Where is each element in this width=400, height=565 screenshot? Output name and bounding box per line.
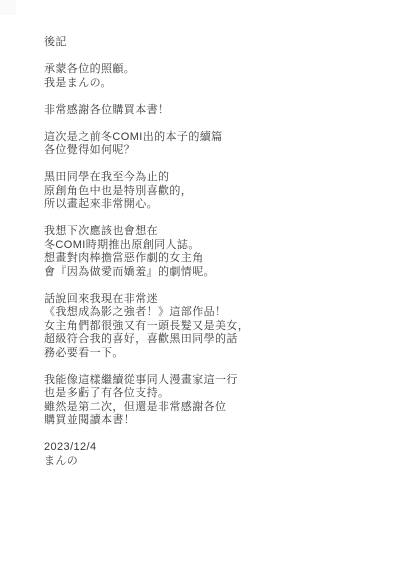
paragraph-character: 黑田同學在我至今為止的 原創角色中也是特別喜歡的， 所以畫起來非常開心。 <box>44 171 380 212</box>
paragraph-line: 承蒙各位的照顧。 <box>44 63 380 77</box>
afterword-heading: 後記 <box>44 36 380 50</box>
paragraph-line: 超級符合我的喜好，喜歡黑田同學的話 <box>44 333 380 347</box>
signature-text: まんの <box>44 455 380 469</box>
paragraph-line: 購買並閱讀本書！ <box>44 414 380 428</box>
paragraph-line: 原創角色中也是特別喜歡的， <box>44 185 380 199</box>
paragraph-line: 非常感謝各位購買本書！ <box>44 104 380 118</box>
heading-text: 後記 <box>44 36 380 50</box>
paragraph-next-plans: 我想下次應該也會想在 冬COMI時期推出原創同人誌。 想畫對肉棒擔當惡作劇的女主… <box>44 225 380 279</box>
paragraph-line: 雖然是第二次，但還是非常感謝各位 <box>44 401 380 415</box>
scan-artifact <box>0 0 16 15</box>
paragraph-line: 我是まんの。 <box>44 77 380 91</box>
paragraph-line: 務必要看一下。 <box>44 347 380 361</box>
paragraph-line: 《我想成為影之強者！》這部作品！ <box>44 306 380 320</box>
paragraph-line: 所以畫起來非常開心。 <box>44 198 380 212</box>
paragraph-line: 也是多虧了有各位支持。 <box>44 387 380 401</box>
paragraph-greeting: 承蒙各位的照顧。 我是まんの。 <box>44 63 380 90</box>
afterword-content: 後記 承蒙各位的照顧。 我是まんの。 非常感謝各位購買本書！ 這次是之前冬COM… <box>44 36 380 482</box>
paragraph-line: 各位覺得如何呢？ <box>44 144 380 158</box>
paragraph-line: 我能像這樣繼續從事同人漫畫家這一行 <box>44 374 380 388</box>
paragraph-line: 黑田同學在我至今為止的 <box>44 171 380 185</box>
paragraph-line: 話說回來我現在非常迷 <box>44 293 380 307</box>
date-text: 2023/12/4 <box>44 441 380 455</box>
paragraph-line: 我想下次應該也會想在 <box>44 225 380 239</box>
paragraph-recommendation: 話說回來我現在非常迷 《我想成為影之強者！》這部作品！ 女主角們都很強又有一頭長… <box>44 293 380 361</box>
afterword-footer: 2023/12/4 まんの <box>44 441 380 468</box>
paragraph-line: 這次是之前冬COMI出的本子的續篇 <box>44 131 380 145</box>
paragraph-thanks: 非常感謝各位購買本書！ <box>44 104 380 118</box>
paragraph-line: 冬COMI時期推出原創同人誌。 <box>44 239 380 253</box>
afterword-page: 後記 承蒙各位的照顧。 我是まんの。 非常感謝各位購買本書！ 這次是之前冬COM… <box>0 0 400 565</box>
paragraph-line: 女主角們都很強又有一頭長髮又是美女， <box>44 320 380 334</box>
paragraph-gratitude: 我能像這樣繼續從事同人漫畫家這一行 也是多虧了有各位支持。 雖然是第二次，但還是… <box>44 374 380 428</box>
paragraph-line: 會『因為做愛而嬌羞』的劇情呢。 <box>44 266 380 280</box>
paragraph-sequel: 這次是之前冬COMI出的本子的續篇 各位覺得如何呢？ <box>44 131 380 158</box>
paragraph-line: 想畫對肉棒擔當惡作劇的女主角 <box>44 252 380 266</box>
